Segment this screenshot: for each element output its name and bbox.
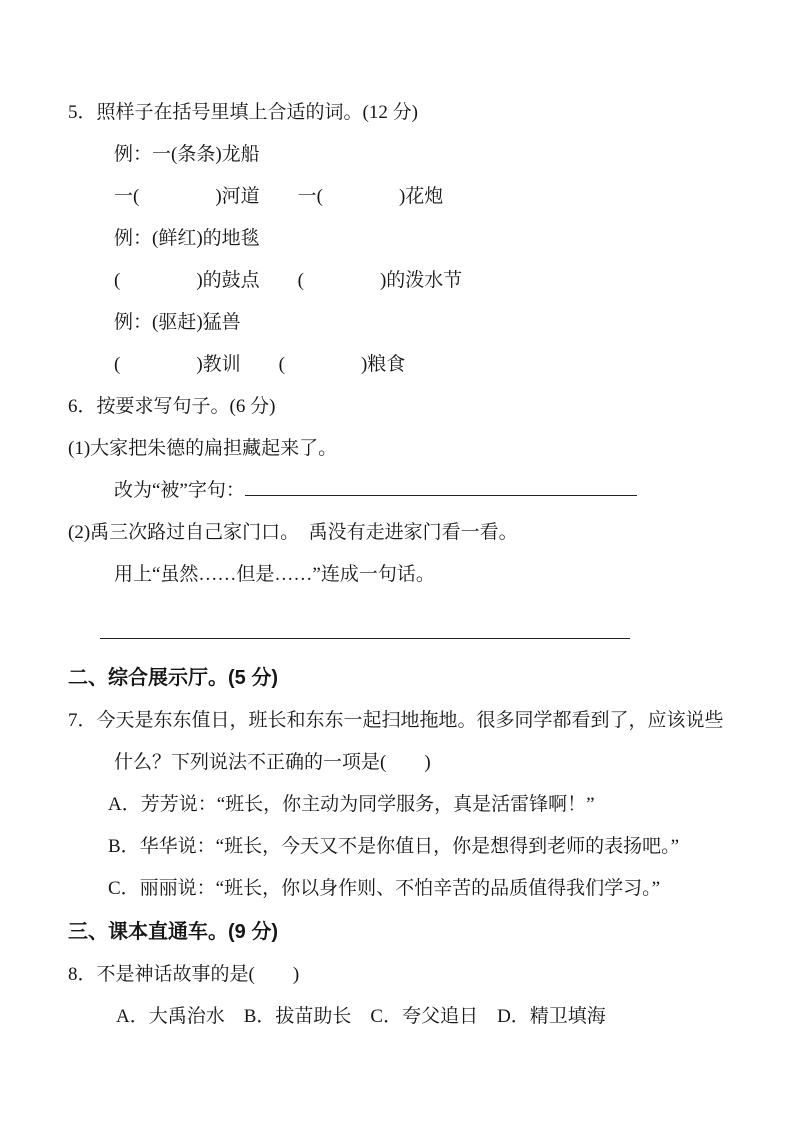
q5-fill-2: ( )的鼓点 ( )的泼水节 [68, 260, 737, 302]
q6-title: 6．按要求写句子。(6 分) [68, 386, 737, 428]
q7-option-c: C．丽丽说：“班长，你以身作则、不怕辛苦的品质值得我们学习。” [68, 868, 737, 910]
answer-blank-inline [245, 495, 637, 496]
q8-text: 8．不是神话故事的是( ) [68, 954, 737, 996]
q7-text-line2: 什么？下列说法不正确的一项是( ) [68, 742, 737, 784]
answer-blank-row [68, 604, 737, 656]
q5-example-1: 例：一(条条)龙船 [68, 134, 737, 176]
q5-example-3: 例：(驱赶)猛兽 [68, 302, 737, 344]
q6-part2-instruction: 用上“虽然……但是……”连成一句话。 [68, 554, 737, 596]
q6-part2-sentence: (2)禹三次路过自己家门口。 禹没有走进家门看一看。 [68, 512, 737, 554]
q6-part1-instruction-row: 改为“被”字句： [68, 470, 737, 512]
q7-option-b: B．华华说：“班长，今天又不是你值日，你是想得到老师的表扬吧。” [68, 826, 737, 868]
q5-example-2: 例：(鲜红)的地毯 [68, 218, 737, 260]
q5-title: 5．照样子在括号里填上合适的词。(12 分) [68, 92, 737, 134]
q5-fill-1: 一( )河道 一( )花炮 [68, 176, 737, 218]
q6-part1-sentence: (1)大家把朱德的扁担藏起来了。 [68, 428, 737, 470]
section3-heading: 三、课本直通车。(9 分) [68, 910, 737, 954]
test-paper-page: 5．照样子在括号里填上合适的词。(12 分) 例：一(条条)龙船 一( )河道 … [0, 0, 793, 1122]
q6-part1-instruction: 改为“被”字句： [114, 480, 245, 501]
answer-blank-line [100, 604, 630, 639]
q7-option-a: A．芳芳说：“班长，你主动为同学服务，真是活雷锋啊！” [68, 784, 737, 826]
section2-heading: 二、综合展示厅。(5 分) [68, 656, 737, 700]
q5-fill-3: ( )教训 ( )粮食 [68, 344, 737, 386]
q7-text-line1: 7．今天是东东值日，班长和东东一起扫地拖地。很多同学都看到了，应该说些 [68, 700, 737, 742]
q8-options: A．大禹治水 B．拔苗助长 C．夸父追日 D．精卫填海 [68, 996, 737, 1038]
